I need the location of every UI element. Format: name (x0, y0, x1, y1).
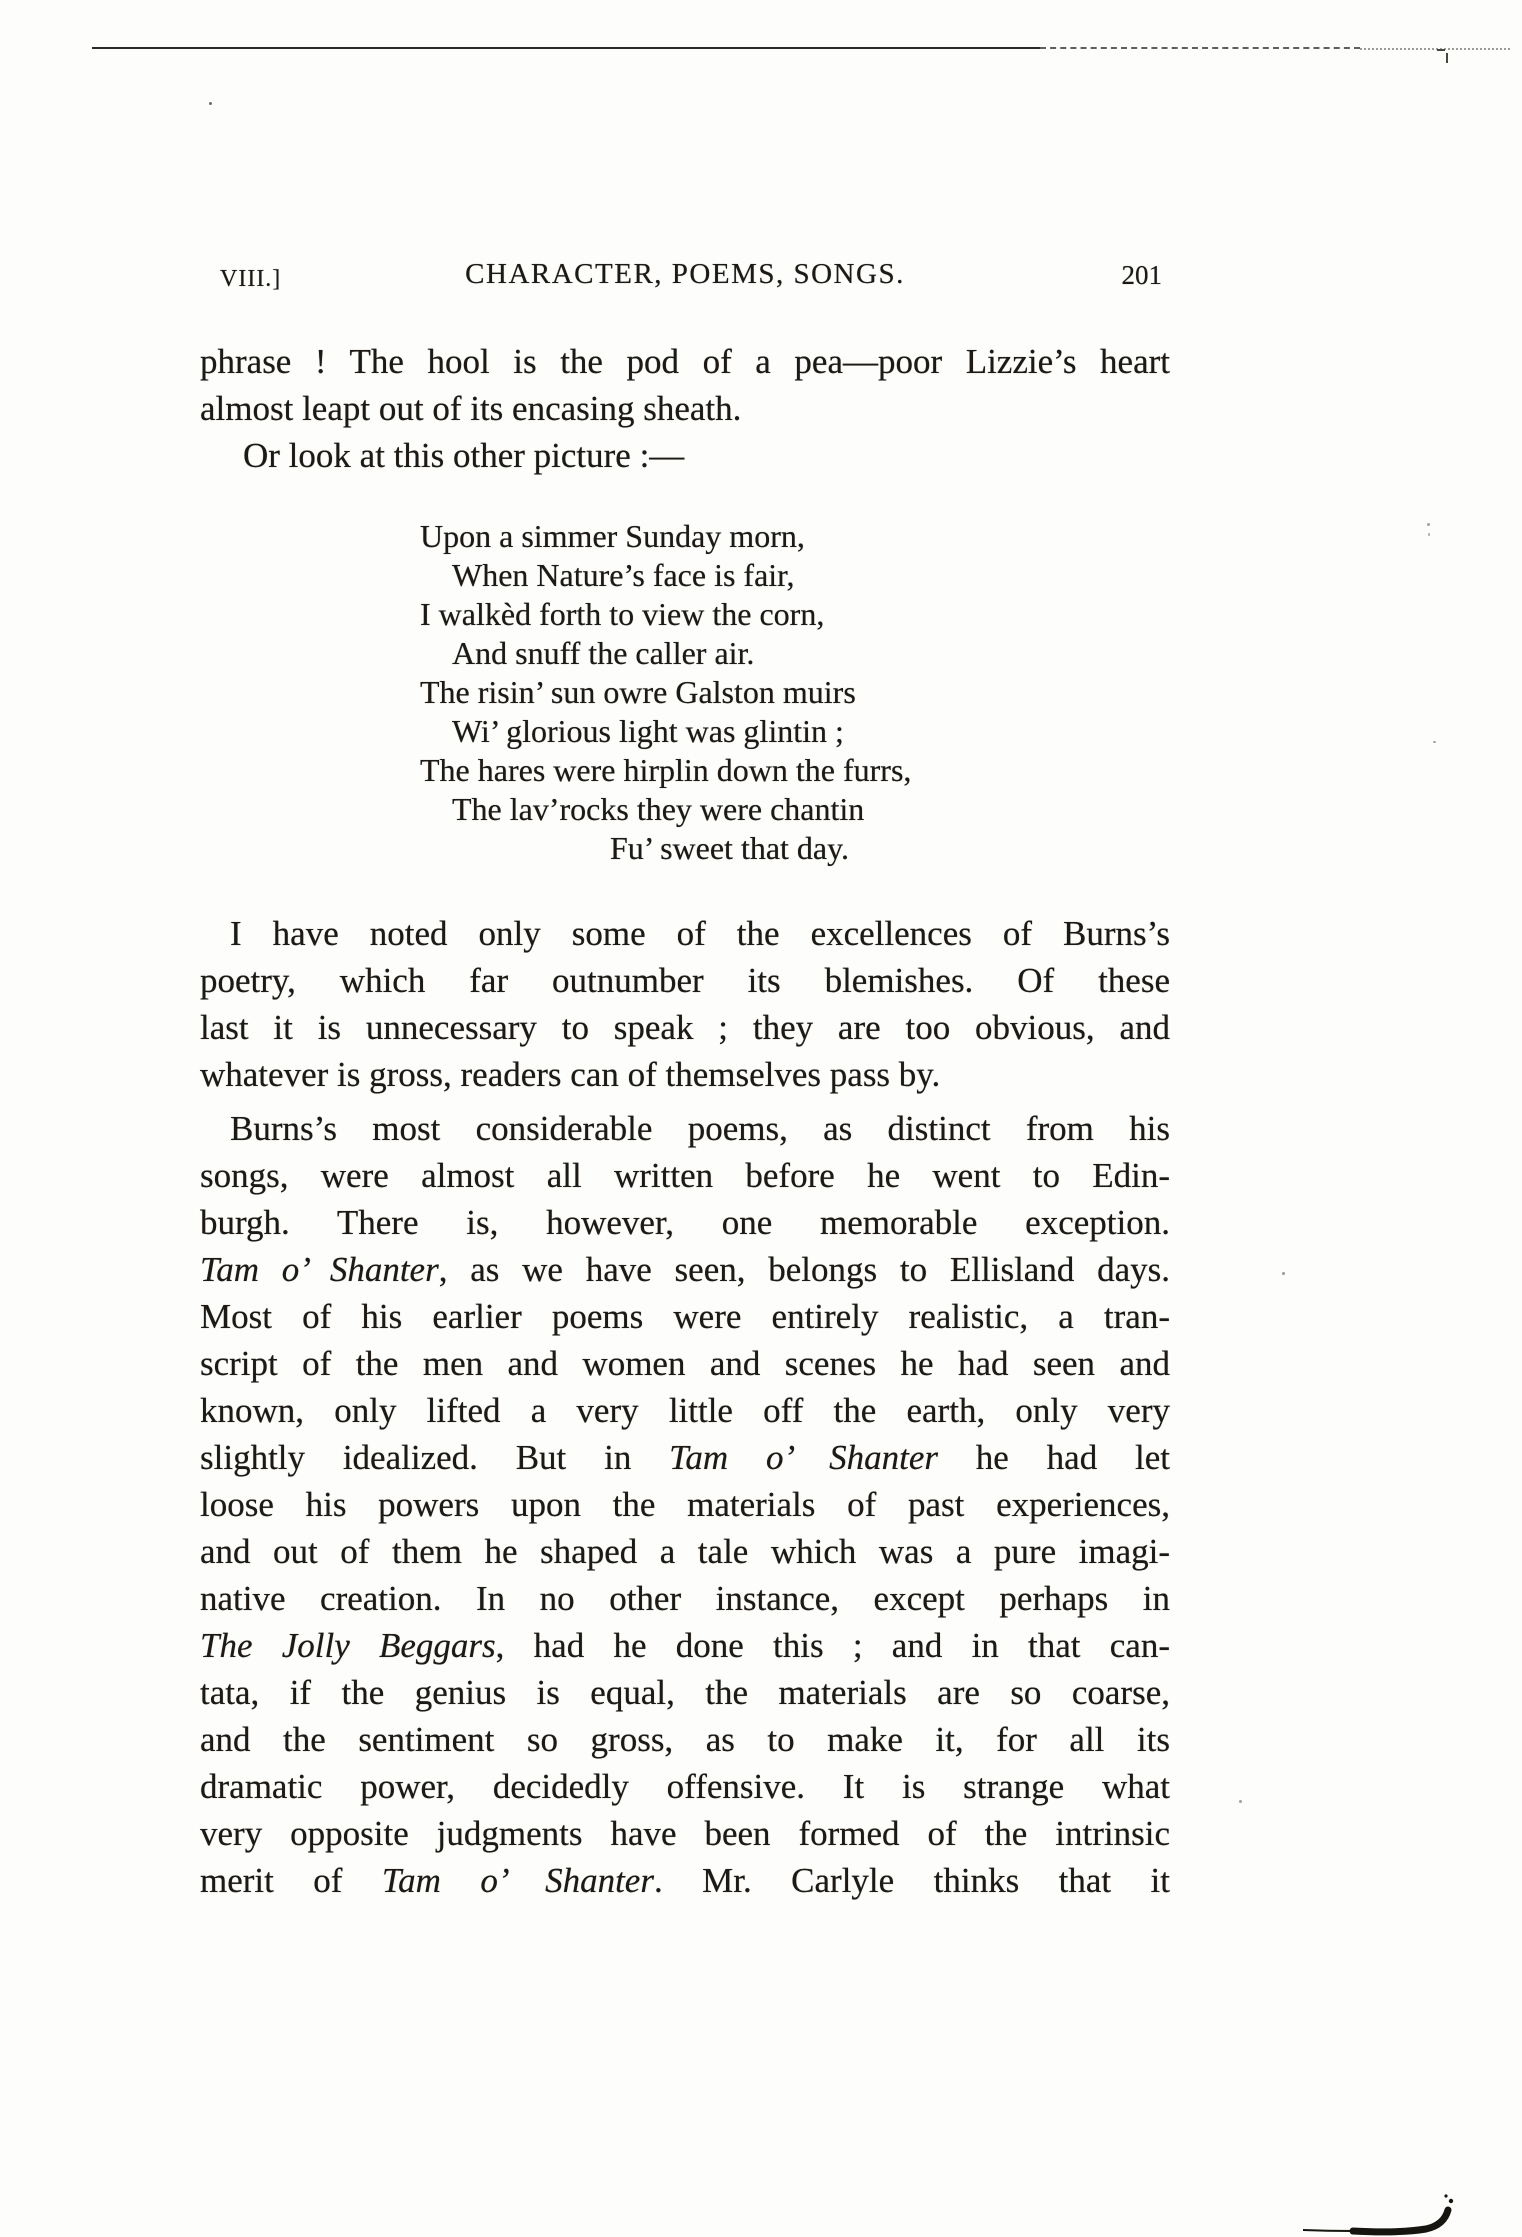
text-line: almost leapt out of its encasing sheath. (200, 385, 1170, 432)
text-line: burgh. There is, however, one memorable … (200, 1199, 1170, 1246)
scan-speck (1239, 1800, 1242, 1803)
text-line: phrase ! The hool is the pod of a pea—po… (200, 338, 1170, 385)
poem-line: I walkèd forth to view the corn, (420, 595, 1120, 634)
poem-line: The hares were hirplin down the furrs, (420, 751, 1120, 790)
poem-line: The lav’rocks they were chantin (420, 790, 1120, 829)
pen-mark (1298, 2188, 1458, 2236)
text-line: whatever is gross, readers can of themse… (200, 1051, 1170, 1098)
scan-speck (1282, 1272, 1285, 1275)
text-line: songs, were almost all written before he… (200, 1152, 1170, 1199)
text-line: script of the men and women and scenes h… (200, 1340, 1170, 1387)
top-rule-sparse (1360, 48, 1510, 50)
text-line: poetry, which far outnumber its blemishe… (200, 957, 1170, 1004)
text-line: Tam o’ Shanter, as we have seen, belongs… (200, 1246, 1170, 1293)
text-line: Or look at this other picture :— (200, 432, 1170, 479)
text-line: Burns’s most considerable poems, as dist… (200, 1105, 1170, 1152)
text-line: merit of Tam o’ Shanter. Mr. Carlyle thi… (200, 1857, 1170, 1904)
poem-blockquote: Upon a simmer Sunday morn,When Nature’s … (420, 517, 1120, 868)
poem-line: Fu’ sweet that day. (420, 829, 1120, 868)
text-line: I have noted only some of the excellence… (200, 910, 1170, 957)
text-line: and the sentiment so gross, as to make i… (200, 1716, 1170, 1763)
scan-speck (209, 102, 212, 105)
poem-line: When Nature’s face is fair, (420, 556, 1120, 595)
poem-line: Upon a simmer Sunday morn, (420, 517, 1120, 556)
text-line: known, only lifted a very little off the… (200, 1387, 1170, 1434)
running-title: CHARACTER, POEMS, SONGS. (200, 258, 1170, 291)
paragraph: Burns’s most considerable poems, as dist… (200, 1105, 1170, 1904)
top-rule-dashed (1040, 47, 1360, 49)
text-line: native creation. In no other instance, e… (200, 1575, 1170, 1622)
poem-line: And snuff the caller air. (420, 634, 1120, 673)
text-line: slightly idealized. But in Tam o’ Shante… (200, 1434, 1170, 1481)
page: VIII.] CHARACTER, POEMS, SONGS. 201 phra… (0, 0, 1522, 2237)
poem-line: Wi’ glorious light was glintin ; (420, 712, 1120, 751)
page-header: VIII.] CHARACTER, POEMS, SONGS. 201 (200, 258, 1170, 302)
paragraph: phrase ! The hool is the pod of a pea—po… (200, 338, 1170, 432)
paragraph: Or look at this other picture :— (200, 432, 1170, 479)
text-line: and out of them he shaped a tale which w… (200, 1528, 1170, 1575)
text-line: Most of his earlier poems were entirely … (200, 1293, 1170, 1340)
text-line: tata, if the genius is equal, the materi… (200, 1669, 1170, 1716)
paragraph: I have noted only some of the excellence… (200, 910, 1170, 1098)
text-line: last it is unnecessary to speak ; they a… (200, 1004, 1170, 1051)
scan-speck (1446, 53, 1448, 63)
scan-speck (1437, 49, 1445, 51)
top-rule (92, 47, 1040, 49)
scan-speck (1433, 741, 1436, 743)
page-number: 201 (1122, 260, 1163, 291)
poem-line: The risin’ sun owre Galston muirs (420, 673, 1120, 712)
text-line: The Jolly Beggars, had he done this ; an… (200, 1622, 1170, 1669)
scan-speck (1428, 533, 1430, 536)
text-line: loose his powers upon the materials of p… (200, 1481, 1170, 1528)
text-line: dramatic power, decidedly offensive. It … (200, 1763, 1170, 1810)
scan-speck (1427, 523, 1430, 526)
text-line: very opposite judgments have been formed… (200, 1810, 1170, 1857)
